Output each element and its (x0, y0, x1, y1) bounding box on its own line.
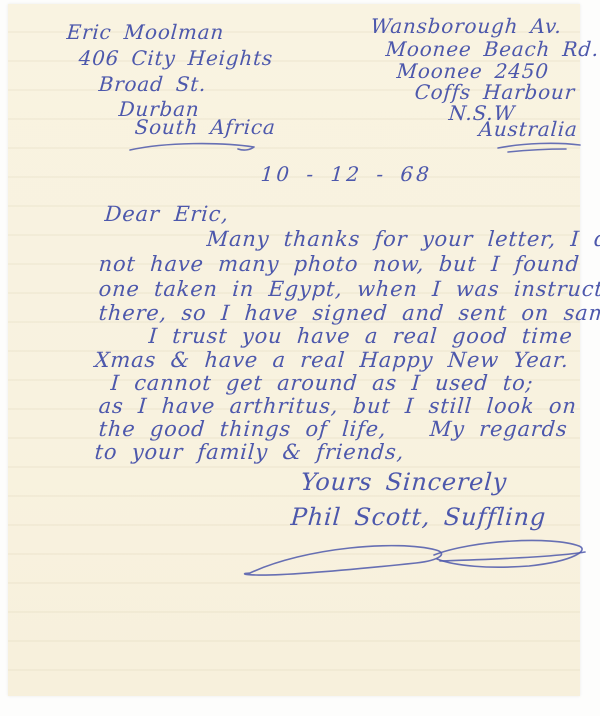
recipient-address-line: 406 City Heights (78, 48, 274, 68)
letter-paper: Eric Moolman 406 City Heights Broad St. … (8, 4, 580, 696)
sender-address-line: Moonee Beach Rd. (385, 39, 600, 59)
sender-underline-flourish (496, 142, 582, 154)
body-line: Many thanks for your letter, I do (206, 229, 600, 250)
body-line: there, so I have signed and sent on same… (98, 303, 600, 324)
sender-address-line: Australia (478, 119, 578, 139)
sender-address-line: Coffs Harbour (414, 82, 576, 102)
sender-address-line: Wansborough Av. (370, 16, 563, 36)
recipient-address-line: Eric Moolman (66, 22, 225, 42)
scanned-letter-image: Eric Moolman 406 City Heights Broad St. … (0, 0, 600, 716)
body-line: I trust you have a real good time (148, 326, 573, 347)
body-line: not have many photo now, but I found (98, 254, 580, 275)
body-line: one taken in Egypt, when I was instructo… (98, 279, 600, 300)
body-line: Xmas & have a real Happy New Year. (94, 350, 570, 371)
letter-date: 10 - 12 - 68 (260, 164, 433, 184)
signature-flourish (236, 531, 588, 593)
salutation: Dear Eric, (104, 204, 229, 225)
sender-address-line: Moonee 2450 (396, 61, 550, 81)
recipient-address-line: Broad St. (98, 74, 207, 94)
body-line: to your family & friends, (94, 442, 405, 463)
body-line: as I have arthritus, but I still look on (98, 396, 577, 417)
recipient-address-line: South Africa (134, 117, 276, 137)
signature-name: Phil Scott, Suffling (290, 505, 547, 529)
body-line: I cannot get around as I used to; (110, 373, 534, 394)
body-line: the good things of life, My regards (98, 419, 568, 440)
closing: Yours Sincerely (300, 470, 508, 494)
recipient-underline-flourish (126, 140, 258, 154)
